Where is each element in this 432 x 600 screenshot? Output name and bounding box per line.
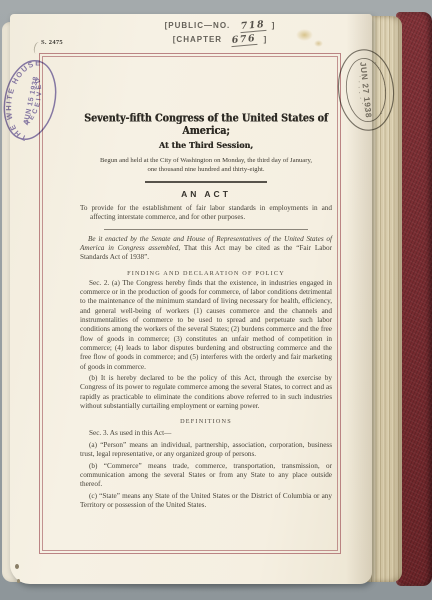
document-page: S. 2475 [PUBLIC—NO. 718 ] [CHAPTER 676 ]…	[10, 14, 372, 584]
bill-number: S. 2475	[41, 39, 63, 46]
act-purpose: To provide for the establishment of fair…	[80, 204, 332, 223]
divider-rule-thin	[104, 229, 308, 230]
chapter-handwritten: 676	[231, 33, 258, 47]
binding-hole	[17, 579, 20, 583]
an-act-heading: AN ACT	[80, 189, 332, 199]
public-no-prefix: [PUBLIC—NO.	[165, 21, 231, 30]
chapter-prefix: [CHAPTER	[173, 35, 222, 44]
congress-title: Seventy-fifth Congress of the United Sta…	[80, 112, 332, 137]
section-2b: (b) It is hereby declared to be the poli…	[80, 374, 332, 411]
section-3a: (a) “Person” means an individual, partne…	[80, 441, 332, 460]
public-no-handwritten: 718	[239, 19, 266, 33]
received-stamp-date: JUN 27 1938	[358, 61, 373, 118]
chapter-bracket: ]	[264, 35, 268, 44]
svg-text:· · · · · · · · · ·: · · · · · · · · · ·	[371, 60, 390, 117]
binding-hole	[15, 564, 19, 569]
received-stamp-rim-top: · · · · · · · · · ·	[371, 60, 390, 117]
chapter-line: [CHAPTER 676 ]	[120, 34, 320, 48]
section-3-intro: Sec. 3. As used in this Act—	[80, 429, 332, 438]
definitions-heading: DEFINITIONS	[80, 418, 332, 425]
public-no-bracket: ]	[272, 21, 276, 30]
public-law-header: [PUBLIC—NO. 718 ] [CHAPTER 676 ]	[120, 20, 320, 48]
section-2a: Sec. 2. (a) The Congress hereby finds th…	[80, 279, 332, 372]
enacting-clause: Be it enacted by the Senate and House of…	[80, 235, 332, 263]
policy-heading: FINDING AND DECLARATION OF POLICY	[80, 270, 332, 277]
divider-rule-thick	[145, 181, 267, 183]
section-3b: (b) “Commerce” means trade, commerce, tr…	[80, 462, 332, 490]
begun-line: Begun and held at the City of Washington…	[98, 157, 314, 174]
act-text: Seventy-fifth Congress of the United Sta…	[80, 114, 332, 510]
received-date-stamp: · · · · · · · · · · · · · · · · · · JUN …	[331, 44, 400, 136]
photo-scene: S. 2475 [PUBLIC—NO. 718 ] [CHAPTER 676 ]…	[0, 0, 432, 600]
session-line: At the Third Session,	[80, 140, 332, 150]
section-3c: (c) “State” means any State of the Unite…	[80, 492, 332, 511]
public-no-line: [PUBLIC—NO. 718 ]	[120, 20, 320, 34]
